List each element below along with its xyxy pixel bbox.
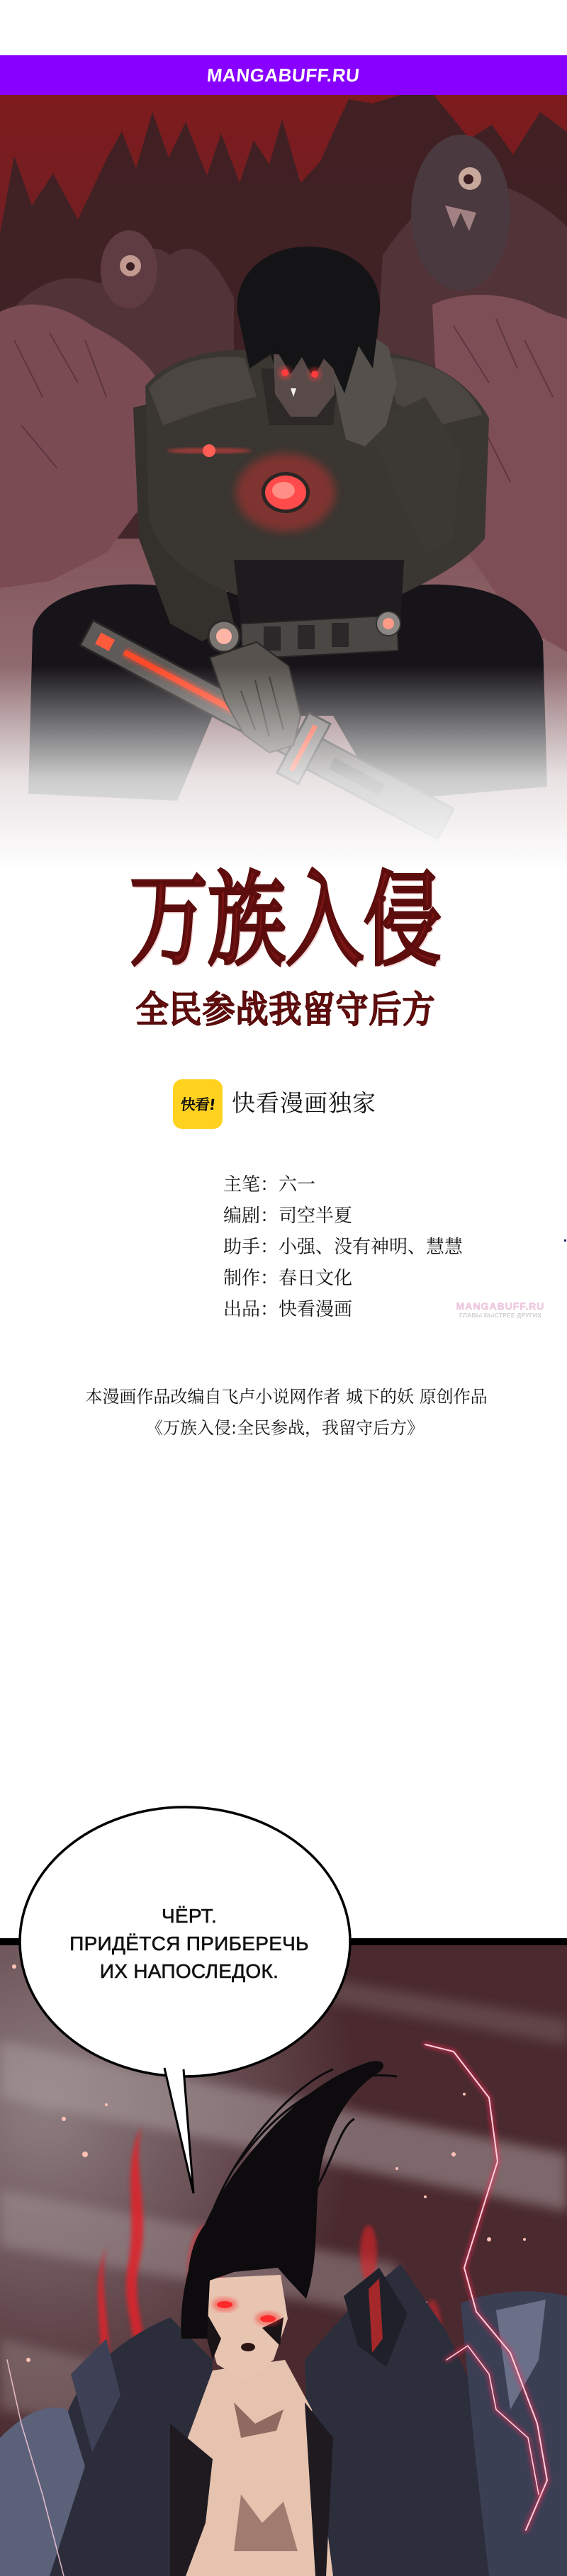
stray-dot	[564, 1239, 566, 1242]
side-watermark-tagline: ГЛАВЫ БЫСТРЕЕ ДРУГИХ	[449, 1312, 552, 1320]
credit-role: 编剧：	[223, 1205, 279, 1227]
kuaikan-logo: 快看!	[173, 1079, 223, 1129]
comic-subtitle: 全民参战我留守后方	[0, 991, 567, 1028]
comic-title: 万族入侵	[0, 869, 567, 972]
credit-names: 司空半夏	[279, 1205, 352, 1227]
credit-row-writer: 编剧：司空半夏	[223, 1200, 463, 1232]
credit-row-publisher: 出品：快看漫画	[223, 1294, 463, 1325]
cover-illustration	[0, 95, 567, 882]
publisher-exclusive-label: 快看漫画独家	[232, 1091, 376, 1116]
side-watermark-site: MANGABUFF.RU	[449, 1301, 552, 1312]
shoulder-light-icon	[203, 444, 215, 457]
red-eye-icon	[260, 2315, 276, 2322]
chest-light-icon	[236, 454, 335, 531]
credit-names: 快看漫画	[279, 1299, 352, 1320]
kuaikan-logo-text: 快看!	[179, 1093, 216, 1115]
red-eye-icon	[281, 369, 288, 376]
speech-bubble-tail	[164, 2068, 193, 2193]
credit-role: 助手：	[223, 1237, 279, 1258]
speech-line: ПРИДЁТСЯ ПРИБЕРЕЧЬ	[55, 1930, 324, 1957]
source-note-line-2: 《万族入侵:全民参战，我留守后方》	[0, 1418, 567, 1438]
credit-names: 春日文化	[279, 1268, 352, 1289]
speech-line: ИХ НАПОСЛЕДОК.	[55, 1957, 324, 1985]
site-banner: MANGABUFF.RU	[0, 55, 567, 95]
credit-role: 出品：	[223, 1299, 279, 1320]
red-eye-icon	[311, 371, 318, 378]
credit-row-assistants: 助手：小强、没有神明、慧慧	[223, 1232, 463, 1263]
source-note-line-1: 本漫画作品改编自飞卢小说网作者 城下的妖 原创作品	[0, 1387, 567, 1407]
red-eye-icon	[217, 2301, 232, 2308]
speech-bubble	[0, 1793, 567, 2211]
credit-role: 主笔：	[223, 1174, 279, 1196]
site-banner-text: MANGABUFF.RU	[206, 64, 361, 86]
credit-row-artist: 主笔：六一	[223, 1169, 463, 1200]
side-watermark: MANGABUFF.RU ГЛАВЫ БЫСТРЕЕ ДРУГИХ	[449, 1301, 552, 1320]
speech-bubble-text: ЧЁРТ. ПРИДЁТСЯ ПРИБЕРЕЧЬ ИХ НАПОСЛЕДОК.	[55, 1902, 324, 1985]
credit-names: 小强、没有神明、慧慧	[279, 1237, 463, 1258]
credit-role: 制作：	[223, 1268, 279, 1289]
credit-row-production: 制作：春日文化	[223, 1263, 463, 1294]
speech-line: ЧЁРТ.	[55, 1902, 324, 1930]
credits-list: 主笔：六一 编剧：司空半夏 助手：小强、没有神明、慧慧 制作：春日文化 出品：快…	[223, 1169, 463, 1325]
credit-names: 六一	[279, 1174, 315, 1196]
